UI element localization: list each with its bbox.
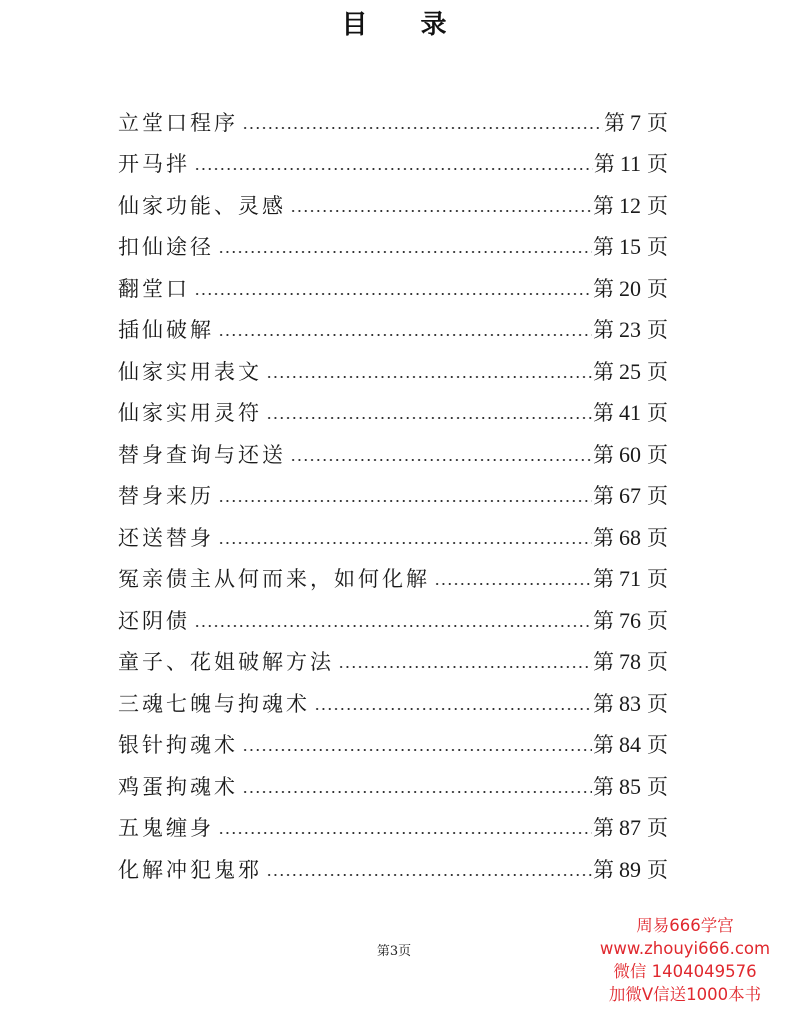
toc-entry-title: 三魂七魄与拘魂术 (118, 689, 310, 719)
toc-entry-page: 第78页 (593, 647, 668, 677)
toc-entry-page: 第76页 (593, 606, 668, 636)
dot-leader (266, 369, 592, 379)
page-prefix: 第 (593, 277, 614, 301)
page-suffix: 页 (647, 567, 668, 591)
page-suffix: 页 (647, 692, 668, 716)
toc-entry-page: 第23页 (593, 315, 668, 345)
watermark-url: www.zhouyi666.com (580, 937, 788, 960)
toc-entry: 扣仙途径第15页 (118, 221, 668, 263)
page-number-value: 87 (614, 815, 647, 840)
page-prefix: 第 (604, 111, 625, 135)
toc-entry-title: 替身查询与还送 (118, 440, 286, 470)
table-of-contents: 立堂口程序第7页开马拌第11页仙家功能、灵感第12页扣仙途径第15页翻堂口第20… (118, 96, 668, 885)
watermark-brand: 周易666学宫 (580, 914, 788, 937)
toc-entry-title: 插仙破解 (118, 315, 214, 345)
dot-leader (290, 452, 592, 462)
page-suffix: 页 (647, 111, 668, 135)
page-number-value: 76 (614, 608, 647, 633)
dot-leader (194, 161, 593, 171)
page-prefix: 第 (593, 360, 614, 384)
page-suffix: 页 (647, 277, 668, 301)
toc-entry: 仙家功能、灵感第12页 (118, 179, 668, 221)
toc-entry-page: 第85页 (593, 772, 668, 802)
dot-leader (194, 618, 592, 628)
toc-entry-page: 第71页 (593, 564, 668, 594)
page-suffix: 页 (647, 443, 668, 467)
page-prefix: 第 (593, 775, 614, 799)
page-suffix: 页 (647, 194, 668, 218)
page-number-value: 78 (614, 649, 647, 674)
toc-entry-page: 第60页 (593, 440, 668, 470)
watermark-promo: 加微V信送1000本书 (580, 983, 788, 1006)
dot-leader (242, 742, 592, 752)
toc-entry-title: 替身来历 (118, 481, 214, 511)
page-number-value: 11 (615, 151, 647, 176)
toc-entry: 翻堂口第20页 (118, 262, 668, 304)
toc-entry-title: 扣仙途径 (118, 232, 214, 262)
page-number-value: 89 (614, 857, 647, 882)
page-prefix: 第 (593, 235, 614, 259)
page-suffix: 页 (647, 484, 668, 508)
page-number-value: 84 (614, 732, 647, 757)
page-suffix: 页 (647, 526, 668, 550)
dot-leader (218, 825, 592, 835)
dot-leader (434, 576, 592, 586)
page-suffix: 页 (647, 318, 668, 342)
page-prefix: 第 (593, 650, 614, 674)
page-suffix: 页 (647, 858, 668, 882)
toc-entry-page: 第41页 (593, 398, 668, 428)
toc-entry-title: 仙家实用表文 (118, 357, 262, 387)
dot-leader (266, 867, 592, 877)
page-number-value: 12 (614, 193, 647, 218)
toc-entry-page: 第7页 (604, 108, 668, 138)
page-prefix: 第 (593, 733, 614, 757)
dot-leader (266, 410, 592, 420)
page-number-value: 67 (614, 483, 647, 508)
page-number-value: 25 (614, 359, 647, 384)
toc-entry-page: 第11页 (594, 149, 668, 179)
page-number-value: 60 (614, 442, 647, 467)
page-suffix: 页 (647, 650, 668, 674)
dot-leader (338, 659, 592, 669)
dot-leader (290, 203, 592, 213)
toc-entry-title: 化解冲犯鬼邪 (118, 855, 262, 885)
page-number-value: 41 (614, 400, 647, 425)
toc-entry: 还送替身第68页 (118, 511, 668, 553)
page-title: 目 录 (0, 4, 788, 41)
page-prefix: 第 (593, 526, 614, 550)
toc-entry-title: 五鬼缠身 (118, 813, 214, 843)
dot-leader (218, 535, 592, 545)
toc-entry-page: 第83页 (593, 689, 668, 719)
page-suffix: 页 (647, 775, 668, 799)
page-number-value: 7 (625, 110, 647, 135)
page-suffix: 页 (647, 816, 668, 840)
toc-entry: 立堂口程序第7页 (118, 96, 668, 138)
page-number-value: 71 (614, 566, 647, 591)
page-prefix: 第 (593, 401, 614, 425)
page-suffix: 页 (647, 401, 668, 425)
toc-entry-title: 童子、花姐破解方法 (118, 647, 334, 677)
toc-entry-title: 银针拘魂术 (118, 730, 238, 760)
toc-entry-title: 立堂口程序 (118, 108, 238, 138)
toc-entry-page: 第25页 (593, 357, 668, 387)
dot-leader (218, 327, 592, 337)
page-prefix: 第 (593, 858, 614, 882)
page-prefix: 第 (593, 443, 614, 467)
dot-leader (194, 286, 592, 296)
dot-leader (314, 701, 592, 711)
toc-entry-title: 仙家功能、灵感 (118, 191, 286, 221)
toc-entry-title: 还送替身 (118, 523, 214, 553)
page-number-value: 85 (614, 774, 647, 799)
page-number-value: 83 (614, 691, 647, 716)
page-prefix: 第 (593, 484, 614, 508)
toc-entry: 开马拌第11页 (118, 138, 668, 180)
toc-entry-title: 冤亲债主从何而来，如何化解 (118, 564, 430, 594)
toc-entry-page: 第67页 (593, 481, 668, 511)
toc-entry-title: 鸡蛋拘魂术 (118, 772, 238, 802)
toc-entry: 银针拘魂术第84页 (118, 719, 668, 761)
watermark-wechat: 微信 1404049576 (580, 960, 788, 983)
dot-leader (242, 784, 592, 794)
toc-entry-title: 仙家实用灵符 (118, 398, 262, 428)
toc-entry: 童子、花姐破解方法第78页 (118, 636, 668, 678)
page-prefix: 第 (593, 609, 614, 633)
toc-entry: 替身来历第67页 (118, 470, 668, 512)
toc-entry-page: 第87页 (593, 813, 668, 843)
dot-leader (242, 120, 603, 130)
page-prefix: 第 (593, 692, 614, 716)
dot-leader (218, 493, 592, 503)
page-suffix: 页 (647, 152, 668, 176)
watermark: 周易666学宫 www.zhouyi666.com 微信 1404049576 … (580, 914, 788, 1006)
toc-entry-title: 还阴债 (118, 606, 190, 636)
dot-leader (218, 244, 592, 254)
toc-entry: 插仙破解第23页 (118, 304, 668, 346)
toc-entry: 冤亲债主从何而来，如何化解第71页 (118, 553, 668, 595)
toc-entry-page: 第20页 (593, 274, 668, 304)
page-prefix: 第 (593, 567, 614, 591)
page-prefix: 第 (593, 318, 614, 342)
page-number-value: 23 (614, 317, 647, 342)
toc-entry: 五鬼缠身第87页 (118, 802, 668, 844)
toc-entry: 仙家实用表文第25页 (118, 345, 668, 387)
toc-entry-page: 第15页 (593, 232, 668, 262)
page-number-value: 15 (614, 234, 647, 259)
page-number-value: 68 (614, 525, 647, 550)
toc-entry-title: 翻堂口 (118, 274, 190, 304)
toc-entry-page: 第12页 (593, 191, 668, 221)
page-suffix: 页 (647, 360, 668, 384)
page-suffix: 页 (647, 235, 668, 259)
toc-entry: 鸡蛋拘魂术第85页 (118, 760, 668, 802)
page-prefix: 第 (594, 152, 615, 176)
toc-entry: 三魂七魄与拘魂术第83页 (118, 677, 668, 719)
toc-entry-page: 第68页 (593, 523, 668, 553)
toc-entry: 仙家实用灵符第41页 (118, 387, 668, 429)
toc-entry-page: 第89页 (593, 855, 668, 885)
page-suffix: 页 (647, 733, 668, 757)
toc-entry: 化解冲犯鬼邪第89页 (118, 843, 668, 885)
page-number-value: 20 (614, 276, 647, 301)
page-prefix: 第 (593, 816, 614, 840)
page-prefix: 第 (593, 194, 614, 218)
toc-entry: 替身查询与还送第60页 (118, 428, 668, 470)
toc-entry-page: 第84页 (593, 730, 668, 760)
page-suffix: 页 (647, 609, 668, 633)
toc-entry: 还阴债第76页 (118, 594, 668, 636)
toc-entry-title: 开马拌 (118, 149, 190, 179)
